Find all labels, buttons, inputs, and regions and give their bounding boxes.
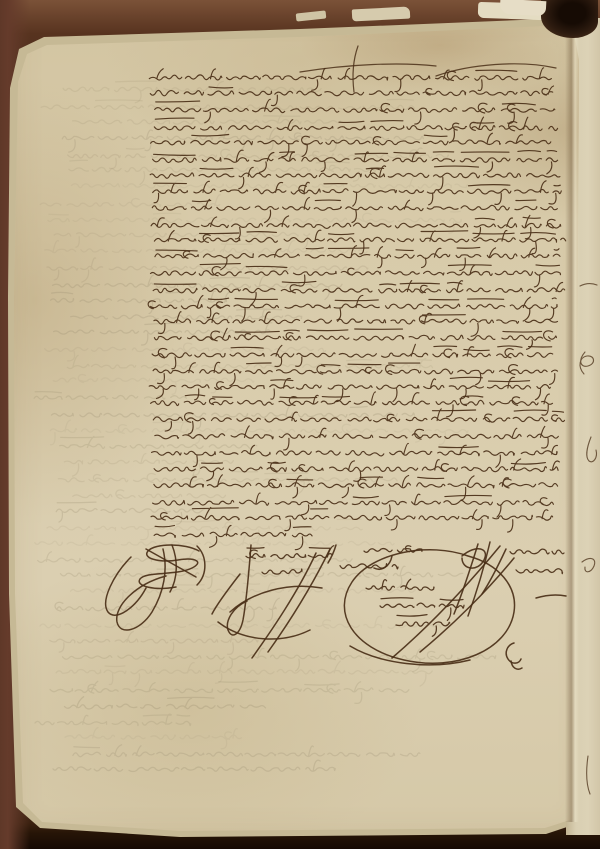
paper-scrap bbox=[500, 0, 547, 16]
paper-scrap bbox=[352, 6, 411, 21]
page-fold-crease bbox=[565, 26, 579, 822]
manuscript-page bbox=[0, 0, 600, 849]
paper-scrap bbox=[296, 10, 327, 21]
manuscript-photo: Scanned leaf of a bound 16th-century Spa… bbox=[0, 0, 600, 849]
